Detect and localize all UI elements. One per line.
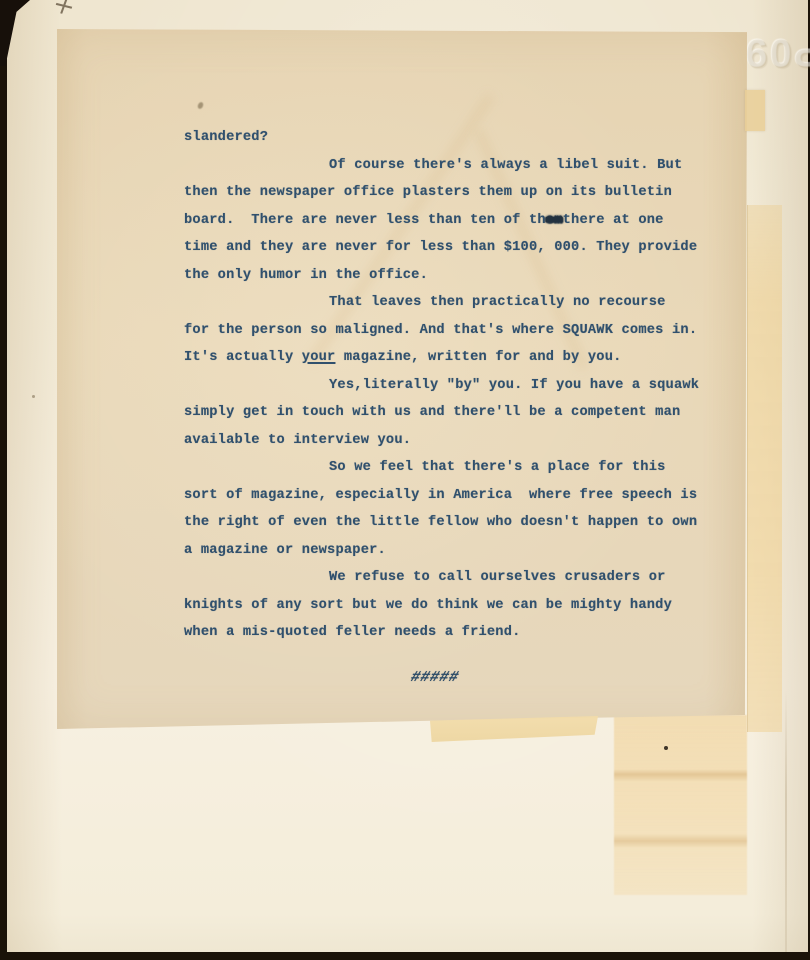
pencil-mark: + [48,0,79,23]
typed-line: simply get in touch with us and there'll… [184,399,699,427]
typed-line: for the person so maligned. And that's w… [184,317,699,345]
typed-segment: sort of magazine, especially in America … [184,488,697,503]
typed-segment: the right of even the little fellow who … [184,515,697,530]
typed-segment: the only humor in the office. [184,268,428,283]
typed-segment: It's actually [184,350,302,365]
typed-segment: when a mis-quoted feller needs a friend. [184,625,521,640]
typed-line: We refuse to call ourselves crusaders or [184,564,699,592]
typed-line: time and they are never for less than $1… [184,234,699,262]
typed-segment: simply get in touch with us and there'll… [184,405,680,420]
typed-segment: Of course there's always a libel suit. B… [329,158,682,173]
typed-segment: available to interview you. [184,433,411,448]
typed-line: a magazine or newspaper. [184,537,699,565]
glue-stain [614,715,747,895]
typed-line: Yes,literally "by" you. If you have a sq… [184,372,699,400]
tape-strip-right [747,205,782,732]
typed-line: board. There are never less than ten of … [184,207,699,235]
typed-segment: time and they are never for less than $1… [184,240,697,255]
page-crease [785,690,787,952]
typed-segment: then the newspaper office plasters them … [184,185,672,200]
typed-line: Of course there's always a libel suit. B… [184,152,699,180]
scan-corner-shadow [0,0,30,66]
typed-segment: for the person so maligned. And that's w… [184,323,697,338]
typed-sheet: slandered?Of course there's always a lib… [57,29,747,729]
typed-segment: knights of any sort but we do think we c… [184,598,672,613]
typed-segment: slandered? [184,130,268,145]
typed-line: then the newspaper office plasters them … [184,179,699,207]
typed-segment: a magazine or newspaper. [184,543,386,558]
typed-line: So we feel that there's a place for this [184,454,699,482]
typed-segment: That leaves then practically no recourse [329,295,666,310]
ink-speck [664,746,668,750]
typed-segment: board. There are never less than ten of … [184,213,546,228]
typed-line: It's actually your magazine, written for… [184,344,699,372]
typed-segment: We refuse to call ourselves crusaders or [329,570,666,585]
typed-line: the right of even the little fellow who … [184,509,699,537]
tape-piece-top-right [745,90,765,131]
typed-text: slandered?Of course there's always a lib… [184,124,699,647]
typed-segment: there at one [563,213,664,228]
typed-line: sort of magazine, especially in America … [184,482,699,510]
typed-segment-underline: your [302,350,336,365]
typed-line: That leaves then practically no recourse [184,289,699,317]
typed-line: knights of any sort but we do think we c… [184,592,699,620]
typed-line: when a mis-quoted feller needs a friend. [184,619,699,647]
album-page: + P09 slandered?Of course there's always… [7,0,808,952]
typed-segment: magazine, written for and by you. [335,350,621,365]
typed-line: the only humor in the office. [184,262,699,290]
typed-line: available to interview you. [184,427,699,455]
end-mark: ##### [410,669,461,686]
typed-segment-struck: em [546,213,563,228]
embossed-show-through-mark: P09 [751,30,810,75]
typed-segment: Yes,literally "by" you. If you have a sq… [329,378,699,393]
typed-line: slandered? [184,124,699,152]
paper-speck [32,395,35,398]
typed-segment: So we feel that there's a place for this [329,460,666,475]
paper-speck [197,101,204,109]
